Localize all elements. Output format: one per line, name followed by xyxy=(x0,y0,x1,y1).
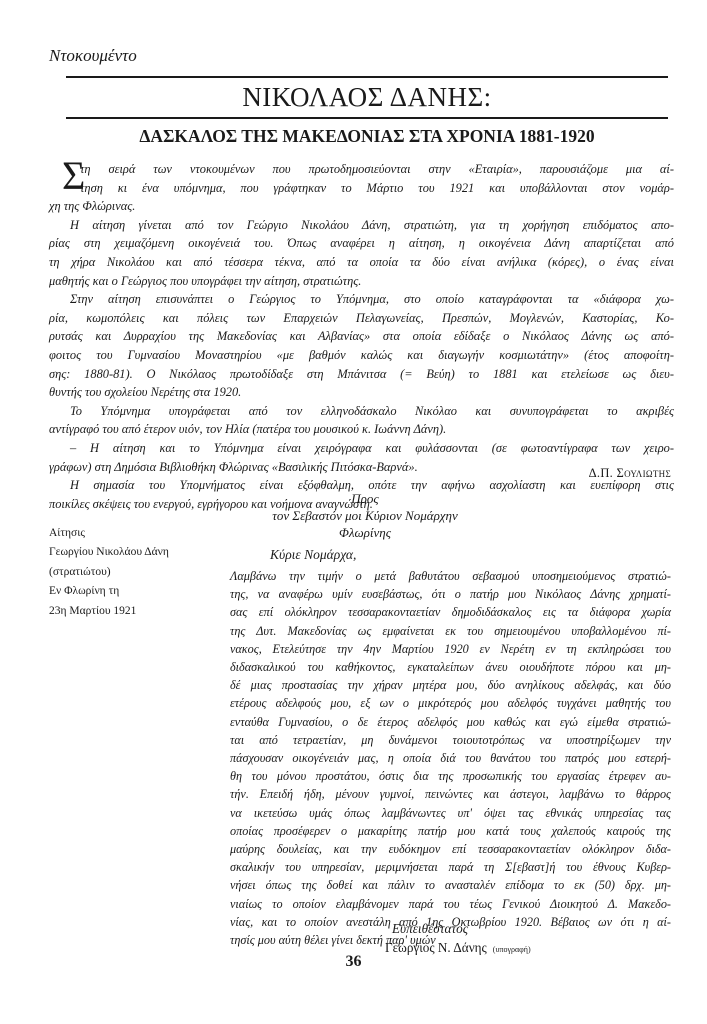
sidebar-line: Γεωργίου Νικολάου Δάνη xyxy=(49,543,169,562)
letter-line: σας επί ολόκληρον τεσσαρακονταετίαν δημο… xyxy=(230,603,671,621)
page-number: 36 xyxy=(0,953,707,971)
top-rule xyxy=(66,76,668,78)
letter-body: Λαμβάνω την τιμήν ο μετά βαθυτάτου σεβασ… xyxy=(230,567,671,949)
letter-line: θη του μόνου προστάτου, όστις δια της πρ… xyxy=(230,767,671,785)
text-line: φοιτος του Γυμνασίου Μοναστηρίου «με βαθ… xyxy=(49,346,674,365)
article-title: ΝΙΚΟΛΑΟΣ ΔΑΝΗΣ: xyxy=(66,82,668,113)
text-line: – Η αίτηση και το Υπόμνημα είναι χειρόγρ… xyxy=(49,439,674,458)
letter-salutation: Κύριε Νομάρχα, xyxy=(270,547,356,563)
text-line: χη της Φλώρινας. xyxy=(49,197,674,216)
text-line: ρυτσάς και Δυρραχίου της Μακεδονίας και … xyxy=(49,327,674,346)
letter-line: οποίας προσέφερεν ο μακαρίτης πατήρ μου … xyxy=(230,822,671,840)
author-name: Δ.Π. Σουλιωτης xyxy=(589,466,671,481)
letter-line: μαύρης δουλείας, και την ευδόκημον επί τ… xyxy=(230,840,671,858)
letter-line: τήν. Επειδή ήδη, μένουν γυμνοί, πεινώντε… xyxy=(230,785,671,803)
text-line: Στην αίτηση επισυνάπτει ο Γεώργιος το Υπ… xyxy=(49,290,674,309)
sidebar-line: Εν Φλωρίνη τη xyxy=(49,582,169,601)
letter-line: νακος, Ετελεύτησε την 4ην Μαρτίου 1920 ε… xyxy=(230,640,671,658)
text-line: αντίγραφό του από έτερον υιόν, τον Ηλία … xyxy=(49,420,674,439)
text-line: τη χήρα Νικολάου και από τέσσερα τέκνα, … xyxy=(49,253,674,272)
drop-cap: Σ xyxy=(62,158,85,194)
letter-line: νήσει όπως της δοθεί και πάλιν το αναστα… xyxy=(230,876,671,894)
text-line: τη σειρά των ντοκουμένων που πρωτοδημοσι… xyxy=(80,160,674,179)
letter-line: πάσχουσαν οικογένειάν μας, η οποία διά τ… xyxy=(230,749,671,767)
letter-line: ενταύθα Γυμνασίου, ο δε έτερος αδελφός μ… xyxy=(230,713,671,731)
addressee-line: τον Σεβαστόν μοι Κύριον Νομάρχην xyxy=(200,507,530,524)
text-line: θυντής του σχολείου Νερέτης στα 1920. xyxy=(49,383,674,402)
intro-text: Σ τη σειρά των ντοκουμένων που πρωτοδημο… xyxy=(49,160,674,513)
section-label: Ντοκουμέντο xyxy=(49,46,137,66)
text-line: Η αίτηση γίνεται από τον Γεώργιο Νικολάο… xyxy=(49,216,674,235)
text-line: ρίας στη χειμαζόμενη οικογένειά του. Όπω… xyxy=(49,234,674,253)
sidebar-line: 23η Μαρτίου 1921 xyxy=(49,602,169,621)
letter-line: νιαίως το οποίον ελαμβάνομεν παρά του τέ… xyxy=(230,895,671,913)
text-line: μαθητής και ο Γεώργιος που υπογράφει την… xyxy=(49,272,674,291)
letter-sidebar: Αίτησις Γεωργίου Νικολάου Δάνη (στρατιώτ… xyxy=(49,524,169,621)
letter-closing: Ευπειθέστατος xyxy=(392,921,468,937)
intro-paragraph: Η αίτηση γίνεται από τον Γεώργιο Νικολάο… xyxy=(49,216,674,290)
letter-line: διδασκαλικού του καθήκοντος, εγκαταλείπω… xyxy=(230,658,671,676)
sidebar-line: (στρατιώτου) xyxy=(49,563,169,582)
text-line: τηση κι ένα υπόμνημα, που γράφτηκαν το Μ… xyxy=(80,179,674,198)
letter-addressee: Προς τον Σεβαστόν μοι Κύριον Νομάρχην Φλ… xyxy=(200,490,530,541)
letter-line: ετέρους αδελφούς μου, εξ ων ο μικρότερός… xyxy=(230,694,671,712)
text-line: ρία, κωμοπόλεις και πόλεις των Επαρχειών… xyxy=(49,309,674,328)
letter-line: της Δυτ. Μακεδονίας ως εμφαίνεται εκ του… xyxy=(230,622,671,640)
intro-paragraph: Στην αίτηση επισυνάπτει ο Γεώργιος το Υπ… xyxy=(49,290,674,402)
addressee-line: Προς xyxy=(200,490,530,507)
addressee-line: Φλωρίνης xyxy=(200,524,530,541)
intro-paragraph: Σ τη σειρά των ντοκουμένων που πρωτοδημο… xyxy=(49,160,674,197)
letter-line: σκαλικήν του υπηρεσίαν, μεριμνήσεται παρ… xyxy=(230,858,671,876)
letter-line: ται από τετραετίαν, μη δυνάμενοι τοιουτο… xyxy=(230,731,671,749)
document-page: Ντοκουμέντο ΝΙΚΟΛΑΟΣ ΔΑΝΗΣ: ΔΑΣΚΑΛΟΣ ΤΗΣ… xyxy=(0,0,707,1024)
letter-line: δέ μιας προστασίας την χήραν μητέρα μου,… xyxy=(230,676,671,694)
title-rule xyxy=(66,117,668,119)
article-subtitle: ΔΑΣΚΑΛΟΣ ΤΗΣ ΜΑΚΕΔΟΝΙΑΣ ΣΤΑ ΧΡΟΝΙΑ 1881-… xyxy=(66,126,668,147)
intro-paragraph: – Η αίτηση και το Υπόμνημα είναι χειρόγρ… xyxy=(49,439,674,476)
text-line: σης: 1880-81). Ο Νικόλαος πρωτοδίδαξε στ… xyxy=(49,365,674,384)
letter-line: της, να αναφέρω υμίν ευσεβάστως, ότι ο π… xyxy=(230,585,671,603)
text-line: γράφων) στη Δημόσια Βιβλιοθήκη Φλώρινας … xyxy=(49,458,674,477)
letter-line: Λαμβάνω την τιμήν ο μετά βαθυτάτου σεβασ… xyxy=(230,567,671,585)
intro-paragraph: Το Υπόμνημα υπογράφεται από τον ελληνοδά… xyxy=(49,402,674,439)
text-line: Το Υπόμνημα υπογράφεται από τον ελληνοδά… xyxy=(49,402,674,421)
sidebar-line: Αίτησις xyxy=(49,524,169,543)
letter-line: να ικετεύσω υμάς όπως λαμβάνωντες υπ' όψ… xyxy=(230,804,671,822)
